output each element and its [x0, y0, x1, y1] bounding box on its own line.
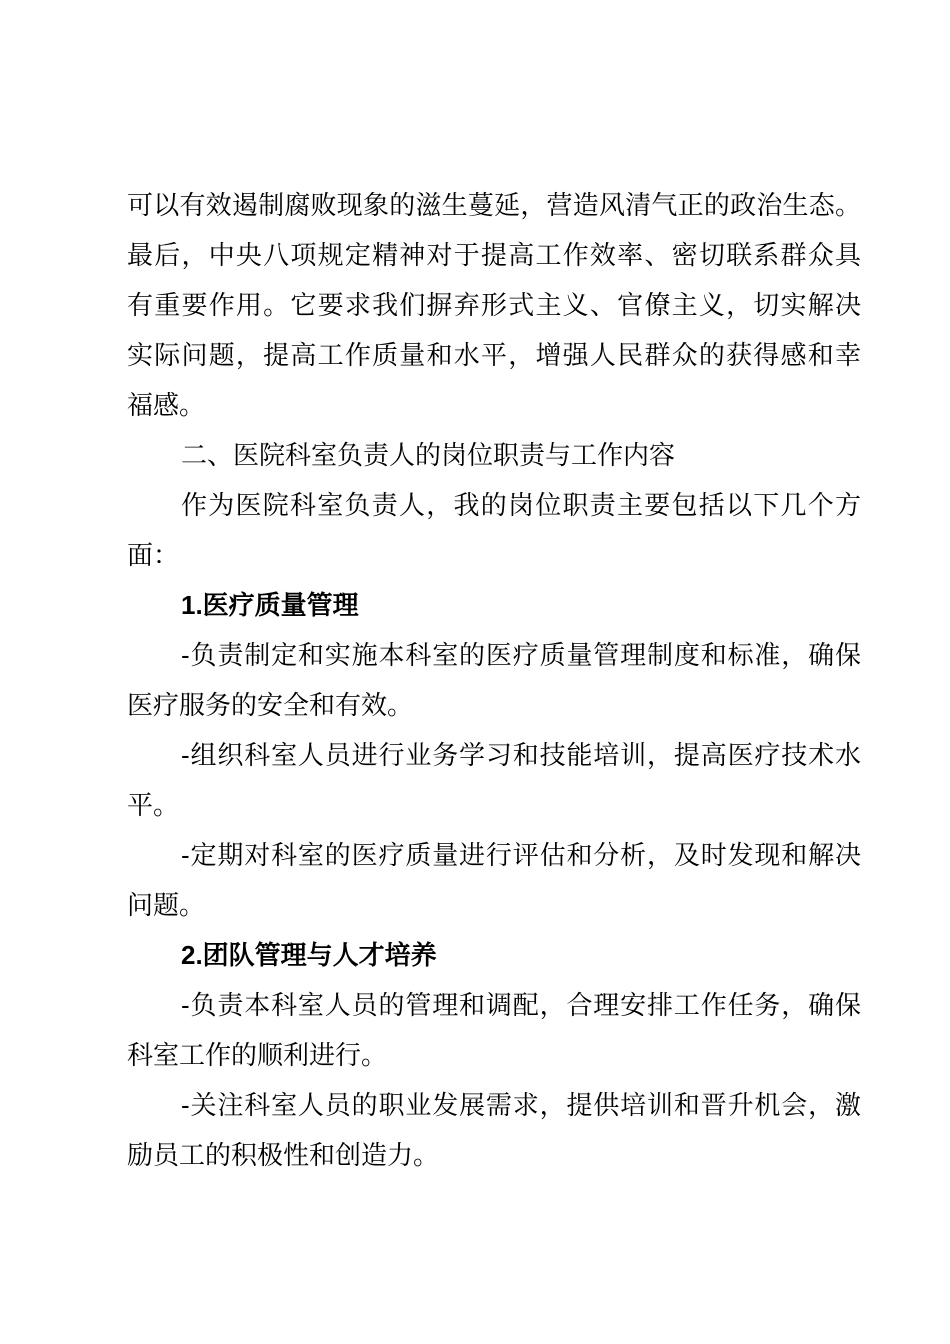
paragraph-line: 福感。 — [127, 380, 861, 430]
bullet-line: -组织科室人员进行业务学习和技能培训，提高医疗技术水 — [127, 730, 861, 780]
document-body-text: 可以有效遏制腐败现象的滋生蔓延，营造风清气正的政治生态。 最后，中央八项规定精神… — [127, 180, 861, 1180]
bullet-line: -定期对科室的医疗质量进行评估和分析，及时发现和解决 — [127, 830, 861, 880]
bullet-line: -负责本科室人员的管理和调配，合理安排工作任务，确保 — [127, 980, 861, 1030]
paragraph-line: 实际问题，提高工作质量和水平，增强人民群众的获得感和幸 — [127, 330, 861, 380]
paragraph-line: 面： — [127, 530, 861, 580]
paragraph-line: 励员工的积极性和创造力。 — [127, 1130, 861, 1180]
document-page: { "page": { "background": "#ffffff", "te… — [0, 0, 950, 1344]
paragraph-line: 最后，中央八项规定精神对于提高工作效率、密切联系群众具 — [127, 230, 861, 280]
bullet-line: -关注科室人员的职业发展需求，提供培训和晋升机会，激 — [127, 1080, 861, 1130]
paragraph-line: 作为医院科室负责人，我的岗位职责主要包括以下几个方 — [127, 480, 861, 530]
paragraph-line: 医疗服务的安全和有效。 — [127, 680, 861, 730]
bullet-line: -负责制定和实施本科室的医疗质量管理制度和标准，确保 — [127, 630, 861, 680]
section-heading: 二、医院科室负责人的岗位职责与工作内容 — [127, 430, 861, 480]
paragraph-line: 可以有效遏制腐败现象的滋生蔓延，营造风清气正的政治生态。 — [127, 180, 861, 230]
subsection-heading: 2.团队管理与人才培养 — [127, 930, 861, 980]
paragraph-line: 问题。 — [127, 880, 861, 930]
paragraph-line: 有重要作用。它要求我们摒弃形式主义、官僚主义，切实解决 — [127, 280, 861, 330]
paragraph-line: 平。 — [127, 780, 861, 830]
subsection-heading: 1.医疗质量管理 — [127, 580, 861, 630]
paragraph-line: 科室工作的顺利进行。 — [127, 1030, 861, 1080]
